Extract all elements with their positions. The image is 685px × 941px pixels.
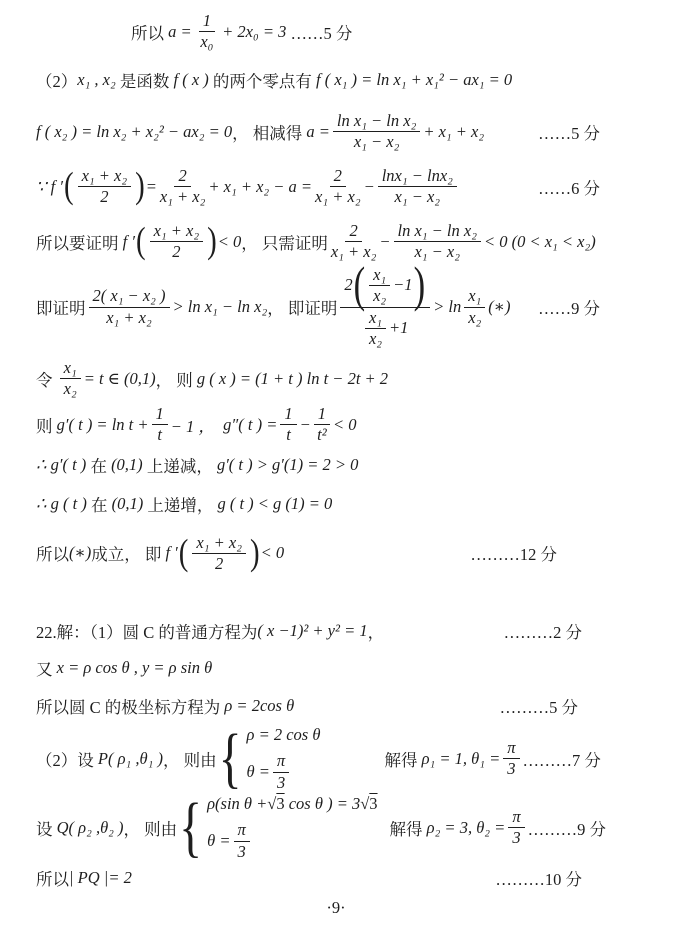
cjk-text: 所以圆 C 的极坐标方程为 [36,694,224,718]
cjk-text: ， 则由 [163,747,217,771]
score-marker: ………12 分 [470,541,557,565]
equation-1: ρ(sin θ +√3 cos θ ) = 3√3 [207,794,377,814]
math-expression: − [379,232,390,252]
numerator: x₁ [60,359,81,379]
math-expression: a = [168,22,196,42]
solution-line-4: ∵ f ′ ( x₁ + x₂2 ) = 2x₁ + x₂ + x₁ + x₂ … [36,167,685,207]
math-expression: − 1 ， [171,413,223,437]
math-expression: = [146,177,157,197]
system-brace: { [179,794,202,861]
fraction: 2x₁ + x₂ [315,167,361,207]
cjk-text: ， 只需证明 [241,230,328,254]
numerator: π [273,752,289,772]
cjk-text: 22.解：（1）圆 C 的普通方程为 [36,619,257,643]
equation-1: ρ = 2 cos θ [247,725,321,745]
fraction: 1x₀ [199,12,215,52]
fraction: 2x₁ + x₂ [331,222,377,262]
math-expression: > ln [433,297,461,317]
numerator: π [508,808,524,828]
fraction: 1t [152,405,168,445]
solution-line-11: 所以 (∗) 成立， 即 f ′ ( x₁ + x₂2 ) < 0 ………12 … [36,534,685,574]
equation-2: θ =π3 [247,752,293,792]
numerator: x₁ + x₂ [78,167,132,187]
solution-line-9: ∴ g′( t ) 在 (0,1) 上递减， g′( t ) > g′(1) =… [36,453,685,477]
denominator: x₂ [64,379,77,398]
fraction: 1t² [314,405,330,445]
cjk-text: 令 [36,367,57,391]
math-expression: < 0 [261,543,285,563]
radicand: 3 [276,794,284,814]
document-page: 所以 a = 1x₀ + 2x₀ = 3 ……5 分 （2） x₁ , x₂ 是… [0,0,685,941]
score-marker: ………5 分 [500,694,578,718]
solution-line-14: 所以圆 C 的极坐标方程为 ρ = 2cos θ ………5 分 [36,694,685,718]
score-marker: ………9 分 [528,816,606,840]
math-expression: ρ₁ = 1, θ₁ = [422,749,501,769]
math-expression: f ′ [165,543,177,563]
cjk-text: 则 [36,413,57,437]
solution-line-10: ∴ g ( t ) 在 (0,1) 上递增， g ( t ) < g (1) =… [36,492,685,516]
math-expression: ρ(sin θ + [207,794,267,814]
fraction: π3 [234,821,250,861]
math-expression: ∴ g ( t ) [36,494,91,514]
numerator: 2 [330,167,346,187]
fraction: x₁ + x₂2 [78,167,132,207]
math-expression: < 0 [484,232,508,252]
denominator: x₁ + x₂ [315,187,361,206]
math-expression: θ = [247,762,270,782]
fraction: 1t [280,405,296,445]
cjk-text: 所以 [36,541,69,565]
numerator: x₁ [464,287,485,307]
math-expression: ∵ f ′ [36,177,63,197]
math-expression: < 0 [333,415,357,435]
numerator: x₁ + x₂ [150,222,204,242]
denominator: x₁ − x₂ [395,187,441,206]
fraction: ln x₁ − ln x₂x₁ − x₂ [394,222,481,262]
math-expression: f ( x₂ ) = ln x₂ + x₂² − ax₂ = 0 [36,122,232,142]
denominator: x₀ [200,32,213,51]
fraction: lnx₁ − lnx₂x₁ − x₂ [378,167,457,207]
cjk-text: ， 相减得 [232,120,306,144]
sqrt-symbol: √ [360,794,369,814]
math-expression: ρ = 2cos θ [224,696,294,716]
denominator: x₂ [369,329,382,348]
cjk-text: 所以 [36,866,69,890]
right-paren: ) [413,261,427,311]
numerator: x₁ [369,266,390,286]
cjk-text: 设 [36,816,57,840]
math-expression: + x₁ + x₂ − a = [208,177,312,197]
math-expression: − [364,177,375,197]
sqrt-symbol: √ [267,794,276,814]
right-paren: ) [206,223,218,261]
denominator: t² [317,425,327,444]
denominator: 3 [507,759,515,778]
score-marker: ………10 分 [495,866,582,890]
cjk-text: 是函数 [120,68,174,92]
cjk-text: 解得 [384,747,421,771]
fraction: 2x₁ + x₂ [160,167,206,207]
numerator: 2 [174,167,190,187]
fraction: π3 [273,752,289,792]
cjk-text: 所以 [131,20,168,44]
left-paren: ( [353,261,367,311]
numerator: ln x₁ − ln x₂ [394,222,481,242]
fraction: x₁x₂ [60,359,81,399]
cjk-text: ， 即证明 [267,295,337,319]
cjk-text: ， 则 [156,367,197,391]
denominator: 3 [512,828,520,847]
math-expression: > ln x₁ − ln x₂ [173,297,268,317]
numerator: 1 [314,405,330,425]
solution-line-5: 所以要证明 f ′ ( x₁ + x₂2 ) < 0 ， 只需证明 2x₁ + … [36,222,685,262]
math-expression: g ( x ) = (1 + t ) ln t − 2t + 2 [197,369,388,389]
math-expression: f ′ [123,232,135,252]
radicand: 3 [369,794,377,814]
score-marker: ……6 分 [538,175,600,199]
nested-fraction: 2(x₁x₂−1) x₁x₂+1 [340,266,430,349]
math-expression: ρ₂ = 3, θ₂ = [427,818,506,838]
cjk-text: 解得 [390,816,427,840]
math-expression: g′( t ) = ln t + [57,415,149,435]
fraction: 2( x₁ − x₂ )x₁ + x₂ [89,287,170,327]
math-expression: 2 [344,276,352,294]
denominator: t [157,425,162,444]
denominator: t [286,425,291,444]
denominator: x₁ + x₂ [160,187,206,206]
solution-line-1: 所以 a = 1x₀ + 2x₀ = 3 ……5 分 [131,12,685,52]
left-paren: ( [178,535,190,573]
cjk-text: 即证明 [36,295,86,319]
math-expression: +1 [389,319,408,337]
score-marker: ………2 分 [504,619,582,643]
math-expression: −1 [393,276,412,294]
cjk-text: （2） [36,68,77,92]
math-expression: x₁ , x₂ [77,70,120,90]
denominator: x₁ − x₂ [354,132,400,151]
cjk-text: 在 [91,492,108,516]
math-expression: + x₁ + x₂ [423,122,484,142]
numerator: 2 [345,222,361,242]
math-expression: (0,1) [107,455,147,475]
math-expression: x = ρ cos θ , y = ρ sin θ [57,658,213,678]
cjk-text: ， [368,619,385,643]
numerator: π [234,821,250,841]
numerator: π [503,739,519,759]
numerator: lnx₁ − lnx₂ [378,167,457,187]
math-expression: | PQ |= 2 [69,868,132,888]
equation-system: { ρ = 2 cos θ θ =π3 [219,725,321,792]
denominator: 2 [100,187,108,206]
system-equations: ρ(sin θ +√3 cos θ ) = 3√3 θ =π3 [207,794,377,861]
cjk-text: 的两个零点有 [213,68,316,92]
equation-system: { ρ(sin θ +√3 cos θ ) = 3√3 θ =π3 [179,794,377,861]
inner-fraction: x₁x₂ [369,266,390,306]
fraction: π3 [508,808,524,848]
numerator: x₁ + x₂ [192,534,246,554]
score-marker: ……9 分 [538,295,600,319]
left-paren: ( [63,168,75,206]
cjk-text: 所以要证明 [36,230,123,254]
denominator: x₂ [468,308,481,327]
solution-line-16: 设 Q( ρ₂ ,θ₂ ) ， 则由 { ρ(sin θ +√3 cos θ )… [36,794,685,861]
cjk-text: ， 则由 [124,816,178,840]
fraction: x₁ + x₂2 [192,534,246,574]
page-number: ·9· [36,898,636,918]
math-expression: f ( x₁ ) = ln x₁ + x₁² − ax₁ = 0 [316,70,512,90]
cjk-text: 上递减， [147,453,217,477]
denominator: x₁ + x₂ [106,308,152,327]
score-marker: ………7 分 [523,747,601,771]
numerator: 1 [152,405,168,425]
math-expression: − [300,415,311,435]
solution-line-8: 则 g′( t ) = ln t + 1t − 1 ， g″( t ) = 1t… [36,405,685,445]
math-expression: (∗) [69,543,91,563]
fraction: x₁ + x₂2 [150,222,204,262]
cjk-text: 上递增， [147,492,217,516]
math-expression: (∗) [488,297,510,317]
solution-line-3: f ( x₂ ) = ln x₂ + x₂² − ax₂ = 0 ， 相减得 a… [36,112,685,152]
numerator: x₁ [365,309,386,329]
math-expression: g ( t ) < g (1) = 0 [217,494,332,514]
math-expression: = t ∈ (0,1) [84,369,156,389]
math-expression: θ = [207,831,230,851]
solution-line-17: 所以 | PQ |= 2 ………10 分 [36,866,685,890]
denominator: 3 [238,842,246,861]
denominator: x₁x₂+1 [362,308,408,349]
cjk-text: 又 [36,656,57,680]
inner-fraction: x₁x₂ [365,309,386,349]
math-expression: < 0 [218,232,242,252]
math-expression: g″( t ) = [223,415,277,435]
fraction: ln x₁ − ln x₂x₁ − x₂ [333,112,420,152]
math-expression: cos θ ) = 3 [285,794,361,814]
math-expression: ( x −1)² + y² = 1 [257,621,367,641]
right-paren: ) [134,168,146,206]
solution-line-2: （2） x₁ , x₂ 是函数 f ( x ) 的两个零点有 f ( x₁ ) … [36,68,685,92]
score-marker: ……5 分 [286,20,352,44]
equation-2: θ =π3 [207,821,253,861]
math-expression: (0,1) [107,494,147,514]
math-expression: ∴ g′( t ) [36,455,90,475]
math-expression: g′( t ) > g′(1) = 2 > 0 [217,455,358,475]
solution-line-7: 令 x₁x₂ = t ∈ (0,1) ， 则 g ( x ) = (1 + t … [36,359,685,399]
math-expression: Q( ρ₂ ,θ₂ ) [57,818,124,838]
solution-line-13: 又 x = ρ cos θ , y = ρ sin θ [36,656,685,680]
numerator: 2( x₁ − x₂ ) [89,287,170,307]
math-expression: + 2x₀ = 3 [218,22,286,42]
cjk-text: 在 [90,453,107,477]
math-expression: P( ρ₁ ,θ₁ ) [98,749,163,769]
denominator: 3 [277,773,285,792]
denominator: 2 [215,554,223,573]
score-marker: ……5 分 [538,120,600,144]
cjk-text: 成立， 即 [91,541,165,565]
right-paren: ) [249,535,261,573]
fraction: x₁x₂ [464,287,485,327]
solution-line-6: 即证明 2( x₁ − x₂ )x₁ + x₂ > ln x₁ − ln x₂ … [36,266,685,349]
numerator: 2(x₁x₂−1) [340,266,430,308]
cjk-text: （2）设 [36,747,98,771]
solution-line-12: 22.解：（1）圆 C 的普通方程为 ( x −1)² + y² = 1 ， …… [36,619,685,643]
math-expression: (0 < x₁ < x₂) [507,232,595,252]
system-brace: { [219,725,242,792]
math-expression: f ( x ) [174,70,213,90]
denominator: 2 [172,242,180,261]
fraction: π3 [503,739,519,779]
numerator: 1 [199,12,215,32]
system-equations: ρ = 2 cos θ θ =π3 [247,725,321,792]
denominator: x₂ [373,286,386,305]
math-expression: a = [306,122,330,142]
solution-line-15: （2）设 P( ρ₁ ,θ₁ ) ， 则由 { ρ = 2 cos θ θ =π… [36,725,685,792]
numerator: 1 [280,405,296,425]
left-paren: ( [135,223,147,261]
numerator: ln x₁ − ln x₂ [333,112,420,132]
